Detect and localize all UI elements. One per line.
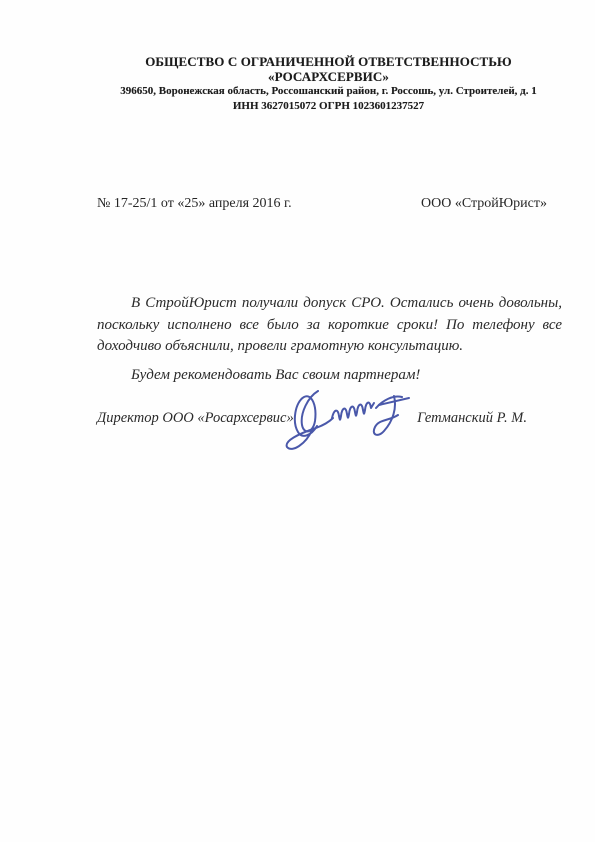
body-paragraph-2: Будем рекомендовать Вас своим партнерам! — [97, 365, 562, 387]
signer-position: Директор ООО «Росархсервис» — [97, 410, 294, 427]
letter-page: ОБЩЕСТВО С ОГРАНИЧЕННОЙ ОТВЕТСТВЕННОСТЬЮ… — [0, 0, 595, 842]
letterhead: ОБЩЕСТВО С ОГРАНИЧЕННОЙ ОТВЕТСТВЕННОСТЬЮ… — [62, 55, 595, 113]
signer-name: Гетманский Р. М. — [417, 410, 527, 427]
addressee: ООО «СтройЮрист» — [421, 196, 547, 212]
company-address: 396650, Воронежская область, Россошански… — [62, 85, 595, 99]
signature-row: Директор ООО «Росархсервис» Гетманский Р… — [97, 410, 527, 427]
company-name-line1: ОБЩЕСТВО С ОГРАНИЧЕННОЙ ОТВЕТСТВЕННОСТЬЮ — [62, 55, 595, 70]
company-name-line2: «РОСАРХСЕРВИС» — [62, 70, 595, 85]
body-paragraph-1: В СтройЮрист получали допуск СРО. Остали… — [97, 293, 562, 358]
company-requisites: ИНН 3627015072 ОГРН 1023601237527 — [62, 100, 595, 114]
reference-number-date: № 17-25/1 от «25» апреля 2016 г. — [97, 196, 292, 212]
reference-row: № 17-25/1 от «25» апреля 2016 г. ООО «Ст… — [97, 196, 547, 212]
letter-body: В СтройЮрист получали допуск СРО. Остали… — [97, 293, 562, 386]
